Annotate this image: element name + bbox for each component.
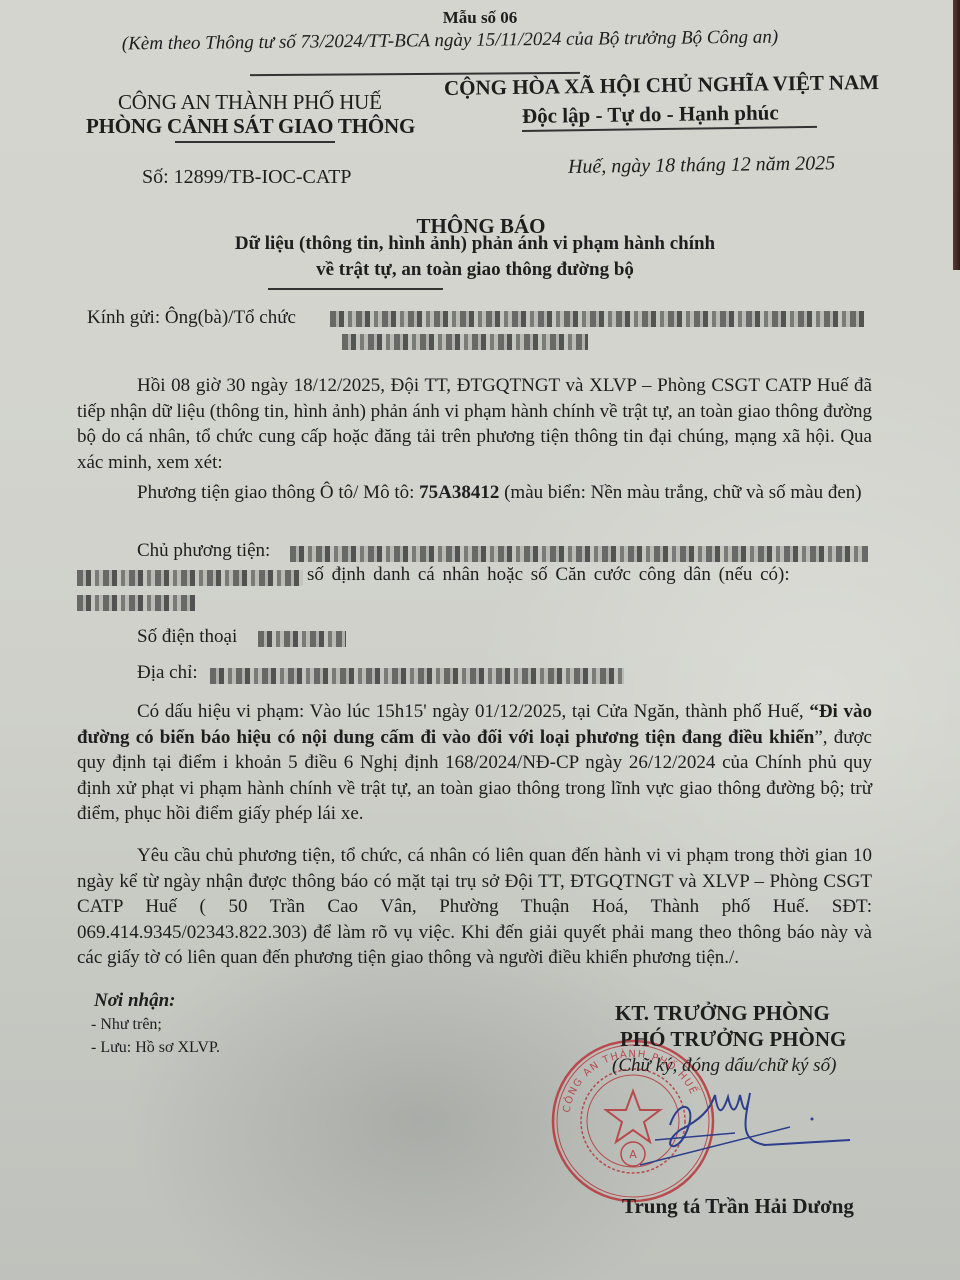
paragraph-intro: Hồi 08 giờ 30 ngày 18/12/2025, Đội TT, Đ… — [77, 373, 872, 475]
paragraph-violation: Có dấu hiệu vi phạm: Vào lúc 15h15' ngày… — [77, 699, 872, 827]
paragraph-vehicle: Phương tiện giao thông Ô tô/ Mô tô: 75A3… — [77, 480, 872, 506]
paragraph-intro-text: Hồi 08 giờ 30 ngày 18/12/2025, Đội TT, Đ… — [77, 375, 872, 473]
violation-prefix: Có dấu hiệu vi phạm: Vào lúc 15h15' ngày… — [137, 701, 809, 722]
phone-label: Số điện thoại — [137, 626, 237, 648]
signature-note: (Chữ ký, đóng dấu/chữ ký số) — [612, 1055, 836, 1077]
svg-text:A: A — [629, 1148, 637, 1161]
vehicle-label: Phương tiện giao thông Ô tô/ Mô tô: — [137, 482, 419, 503]
plate-color: (màu biển: Nền màu trắng, chữ và số màu … — [499, 482, 861, 503]
document-number: Số: 12899/TB-IOC-CATP — [142, 166, 351, 189]
sign-on-behalf: KT. TRƯỞNG PHÒNG — [615, 1001, 830, 1026]
redacted-owner — [77, 570, 303, 586]
paragraph-request-text: Yêu cầu chủ phương tiện, tổ chức, cá nhâ… — [77, 845, 872, 968]
signature — [640, 1085, 880, 1175]
nation-title: CỘNG HÒA XÃ HỘI CHỦ NGHĨA VIỆT NAM — [444, 70, 879, 101]
paragraph-request: Yêu cầu chủ phương tiện, tổ chức, cá nhâ… — [77, 843, 872, 971]
signer-title: PHÓ TRƯỞNG PHÒNG — [620, 1027, 846, 1052]
address-label: Địa chỉ: — [137, 662, 198, 684]
org-parent: CÔNG AN THÀNH PHỐ HUẾ — [118, 90, 382, 115]
place-date: Huế, ngày 18 tháng 12 năm 2025 — [568, 152, 835, 179]
redacted-addressee — [330, 311, 864, 327]
addressee-label: Kính gửi: Ông(bà)/Tổ chức — [87, 307, 296, 329]
document-subtitle-line1: Dữ liệu (thông tin, hình ảnh) phản ánh v… — [0, 233, 950, 255]
attached-circular: (Kèm theo Thông tư số 73/2024/TT-BCA ngà… — [0, 25, 900, 56]
divider — [175, 141, 335, 143]
redacted-phone — [258, 631, 346, 647]
recipients-label: Nơi nhận: — [94, 990, 175, 1012]
redacted-address — [210, 668, 624, 684]
license-plate: 75A38412 — [419, 482, 499, 503]
recipient-item: - Như trên; — [91, 1016, 162, 1034]
document-subtitle-line2: về trật tự, an toàn giao thông đường bộ — [0, 259, 950, 281]
redacted-owner — [290, 546, 868, 562]
id-label: số định danh cá nhân hoặc số Căn cước cô… — [307, 564, 790, 586]
owner-label: Chủ phương tiện: — [137, 540, 270, 562]
recipient-item: - Lưu: Hồ sơ XLVP. — [91, 1039, 220, 1057]
divider — [268, 288, 443, 290]
redacted-addressee — [342, 334, 588, 350]
form-number: Mẫu số 06 — [0, 8, 960, 28]
redacted-id-number — [77, 595, 195, 611]
nation-motto: Độc lập - Tự do - Hạnh phúc — [522, 100, 779, 129]
org-name: PHÒNG CẢNH SÁT GIAO THÔNG — [86, 114, 415, 139]
signer-name: Trung tá Trần Hải Dương — [622, 1194, 854, 1219]
